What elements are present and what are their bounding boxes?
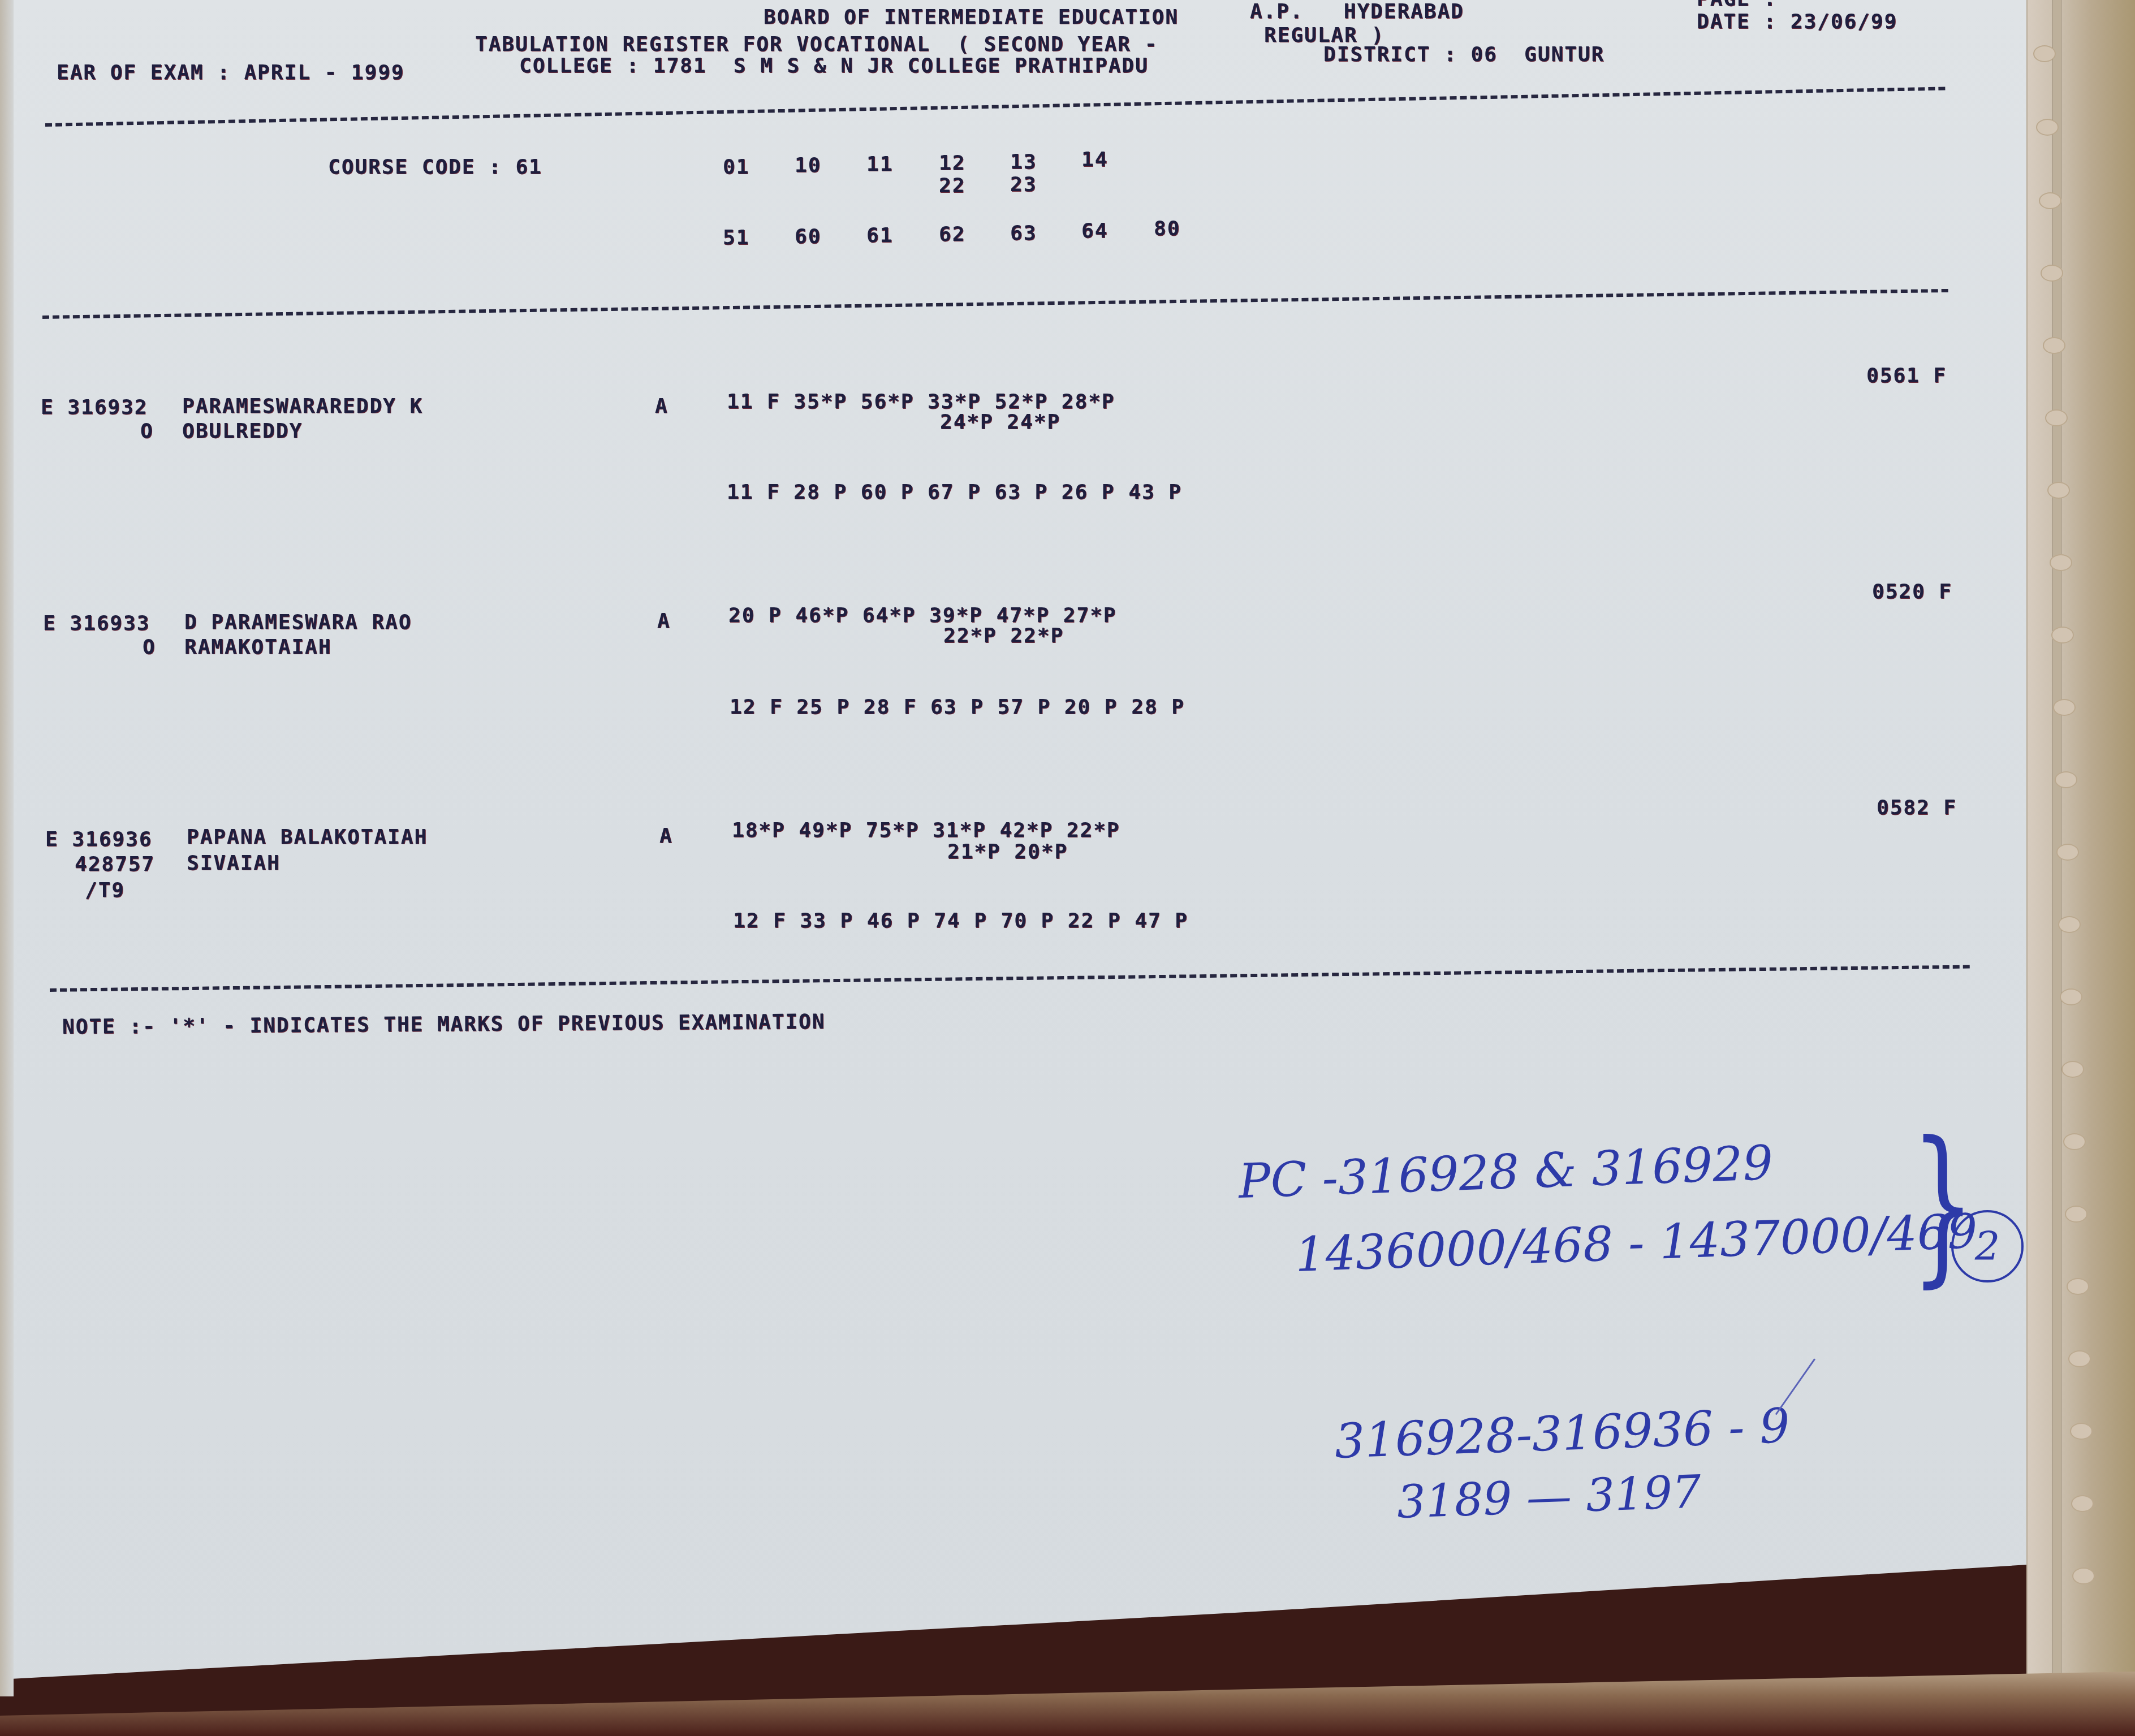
sprocket-hole xyxy=(2067,1278,2089,1295)
print-date: DATE : 23/06/99 xyxy=(1697,10,1897,33)
marks-first-year: 11 F 35*P 56*P 33*P 52*P 28*P xyxy=(727,390,1115,413)
father-name: OBULREDDY xyxy=(182,420,303,443)
marks-first-year-sub: 22*P 22*P xyxy=(943,624,1064,647)
category: A xyxy=(657,610,671,633)
student-name: PARAMESWARAREDDY K xyxy=(182,395,423,418)
hall-ticket-number: E 316936 xyxy=(45,828,152,851)
sprocket-hole xyxy=(2070,1423,2093,1440)
hall-ticket-number: E 316933 xyxy=(43,612,150,635)
sprocket-hole xyxy=(2039,192,2061,209)
marks-second-year: 12 F 25 P 28 F 63 P 57 P 20 P 28 P xyxy=(730,696,1185,719)
district-info: DISTRICT : 06 GUNTUR xyxy=(1323,43,1605,66)
sprocket-hole xyxy=(2068,1350,2091,1367)
sprocket-hole xyxy=(2050,554,2072,571)
subject-code: 64 xyxy=(1081,219,1108,243)
student-remark: /T9 xyxy=(85,879,125,902)
sprocket-hole xyxy=(2056,844,2079,861)
subject-code: 60 xyxy=(795,225,821,248)
sprocket-hole xyxy=(2041,265,2063,282)
subject-code: 63 xyxy=(1010,222,1037,245)
year-of-exam: EAR OF EXAM : APRIL - 1999 xyxy=(57,61,405,84)
student-code: 428757 xyxy=(75,853,155,876)
course-code-label: COURSE CODE : 61 xyxy=(328,156,542,179)
paper-left-edge xyxy=(0,0,14,1696)
sprocket-hole xyxy=(2061,1061,2084,1078)
marks-second-year: 11 F 28 P 60 P 67 P 63 P 26 P 43 P xyxy=(727,481,1182,504)
sprocket-hole xyxy=(2065,1206,2087,1223)
sprocket-hole xyxy=(2045,409,2068,426)
marks-first-year-sub: 24*P 24*P xyxy=(940,411,1060,434)
board-title: BOARD OF INTERMEDIATE EDUCATION xyxy=(764,6,1179,29)
marks-second-year: 12 F 33 P 46 P 74 P 70 P 22 P 47 P xyxy=(733,909,1188,932)
result-total: 0520 F xyxy=(1872,580,1952,603)
paper-bottom-edge xyxy=(0,1668,2135,1736)
student-code: O xyxy=(143,636,156,659)
handwritten-circled-number: 2 xyxy=(1951,1210,2024,1282)
subject-code: 61 xyxy=(866,224,893,247)
sprocket-hole xyxy=(2047,482,2070,499)
college-info: COLLEGE : 1781 S M S & N JR COLLEGE PRAT… xyxy=(519,54,1149,77)
subject-code: 12 xyxy=(939,152,965,175)
sprocket-hole xyxy=(2043,337,2065,354)
category: A xyxy=(659,824,673,848)
father-name: RAMAKOTAIAH xyxy=(184,636,331,659)
student-name: PAPANA BALAKOTAIAH xyxy=(187,826,428,849)
subject-code: 01 xyxy=(723,156,749,179)
board-location: A.P. HYDERABAD xyxy=(1250,0,1464,23)
result-total: 0582 F xyxy=(1877,796,1957,819)
result-total: 0561 F xyxy=(1866,364,1947,387)
sprocket-hole xyxy=(2055,771,2077,788)
subject-code: 80 xyxy=(1154,217,1180,240)
sprocket-hole xyxy=(2033,45,2056,62)
sprocket-hole xyxy=(2058,916,2081,933)
marks-first-year: 20 P 46*P 64*P 39*P 47*P 27*P xyxy=(728,604,1117,627)
register-binding xyxy=(2026,0,2135,1696)
sprocket-hole xyxy=(2051,627,2074,644)
student-name: D PARAMESWARA RAO xyxy=(184,611,412,634)
category: A xyxy=(655,395,668,418)
subject-code: 10 xyxy=(795,154,821,177)
sprocket-hole xyxy=(2060,988,2082,1005)
sprocket-hole xyxy=(2036,119,2059,136)
marks-first-year: 18*P 49*P 75*P 31*P 42*P 22*P xyxy=(732,819,1120,842)
subject-code: 11 xyxy=(866,153,893,176)
hall-ticket-number: E 316932 xyxy=(41,396,148,419)
student-code: O xyxy=(140,420,154,443)
handwritten-serial-range: 3189 — 3197 xyxy=(1396,1465,1702,1528)
sprocket-hole xyxy=(2053,699,2076,716)
father-name: SIVAIAH xyxy=(187,852,281,875)
subject-code-sub: 22 xyxy=(939,174,965,197)
subject-code: 14 xyxy=(1081,148,1108,171)
sprocket-hole xyxy=(2072,1567,2095,1584)
subject-code: 13 xyxy=(1010,150,1037,174)
marks-first-year-sub: 21*P 20*P xyxy=(947,840,1068,863)
sprocket-hole xyxy=(2063,1133,2086,1150)
subject-code: 62 xyxy=(939,223,965,246)
subject-code-sub: 23 xyxy=(1010,173,1037,196)
subject-code: 51 xyxy=(723,226,749,249)
sprocket-hole xyxy=(2071,1495,2094,1512)
register-title: TABULATION REGISTER FOR VOCATIONAL ( SEC… xyxy=(475,33,1158,56)
page-label: PAGE : xyxy=(1697,0,1777,11)
